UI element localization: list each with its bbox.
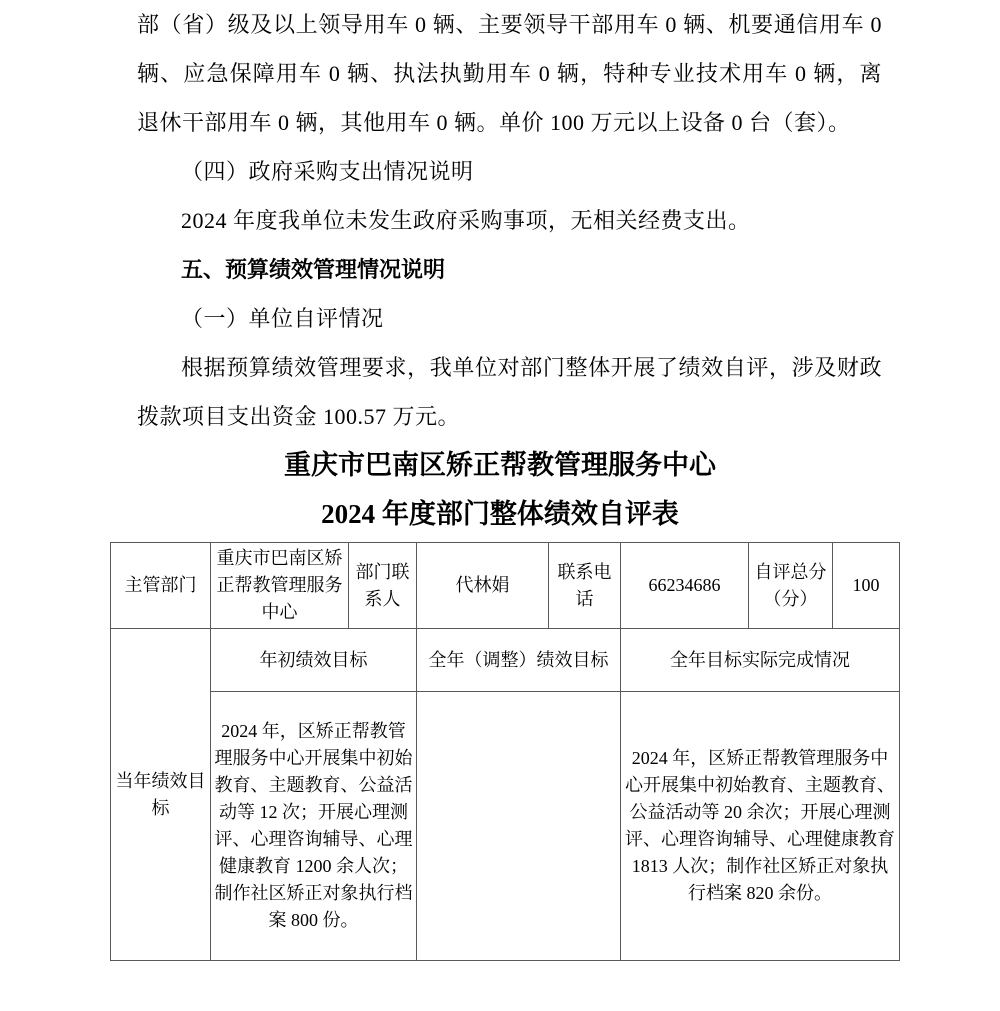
performance-self-eval-table: 主管部门 重庆市巴南区矫正帮教管理服务中心 部门联系人 代林娟 联系电话 662… <box>110 542 900 961</box>
cell-phone-value: 66234686 <box>621 543 749 629</box>
self-eval-heading: （一）单位自评情况 <box>137 294 882 343</box>
cell-contact-value: 代林娟 <box>417 543 549 629</box>
cell-year-goal-label: 当年绩效目标 <box>111 629 211 961</box>
table-row: 当年绩效目标 年初绩效目标 全年（调整）绩效目标 全年目标实际完成情况 <box>111 629 900 692</box>
cell-supervisor-value: 重庆市巴南区矫正帮教管理服务中心 <box>211 543 349 629</box>
section4-heading: （四）政府采购支出情况说明 <box>137 147 882 196</box>
table-title-form: 2024 年度部门整体绩效自评表 <box>0 490 1000 539</box>
cell-initial-goal: 2024 年，区矫正帮教管理服务中心开展集中初始教育、主题教育、公益活动等 12… <box>211 692 417 961</box>
document-page: 部（省）级及以上领导用车 0 辆、主要领导干部用车 0 辆、机要通信用车 0 辆… <box>0 0 1000 1011</box>
col-header-adjusted-goal: 全年（调整）绩效目标 <box>417 629 621 692</box>
paragraph-procurement: 2024 年度我单位未发生政府采购事项，无相关经费支出。 <box>137 196 882 245</box>
cell-phone-label: 联系电话 <box>549 543 621 629</box>
cell-supervisor-label: 主管部门 <box>111 543 211 629</box>
section5-heading: 五、预算绩效管理情况说明 <box>137 245 882 294</box>
cell-contact-label: 部门联系人 <box>349 543 417 629</box>
paragraph-vehicles: 部（省）级及以上领导用车 0 辆、主要领导干部用车 0 辆、机要通信用车 0 辆… <box>137 0 882 147</box>
cell-adjusted-goal <box>417 692 621 961</box>
col-header-initial-goal: 年初绩效目标 <box>211 629 417 692</box>
cell-score-label: 自评总分（分） <box>749 543 833 629</box>
paragraph-self-eval: 根据预算绩效管理要求，我单位对部门整体开展了绩效自评，涉及财政拨款项目支出资金 … <box>137 343 882 441</box>
table-title-org: 重庆市巴南区矫正帮教管理服务中心 <box>0 441 1000 490</box>
cell-actual-completion: 2024 年，区矫正帮教管理服务中心开展集中初始教育、主题教育、公益活动等 20… <box>621 692 900 961</box>
body-text: 部（省）级及以上领导用车 0 辆、主要领导干部用车 0 辆、机要通信用车 0 辆… <box>137 0 882 441</box>
col-header-actual-completion: 全年目标实际完成情况 <box>621 629 900 692</box>
cell-score-value: 100 <box>833 543 900 629</box>
table-row: 主管部门 重庆市巴南区矫正帮教管理服务中心 部门联系人 代林娟 联系电话 662… <box>111 543 900 629</box>
table-row: 2024 年，区矫正帮教管理服务中心开展集中初始教育、主题教育、公益活动等 12… <box>111 692 900 961</box>
